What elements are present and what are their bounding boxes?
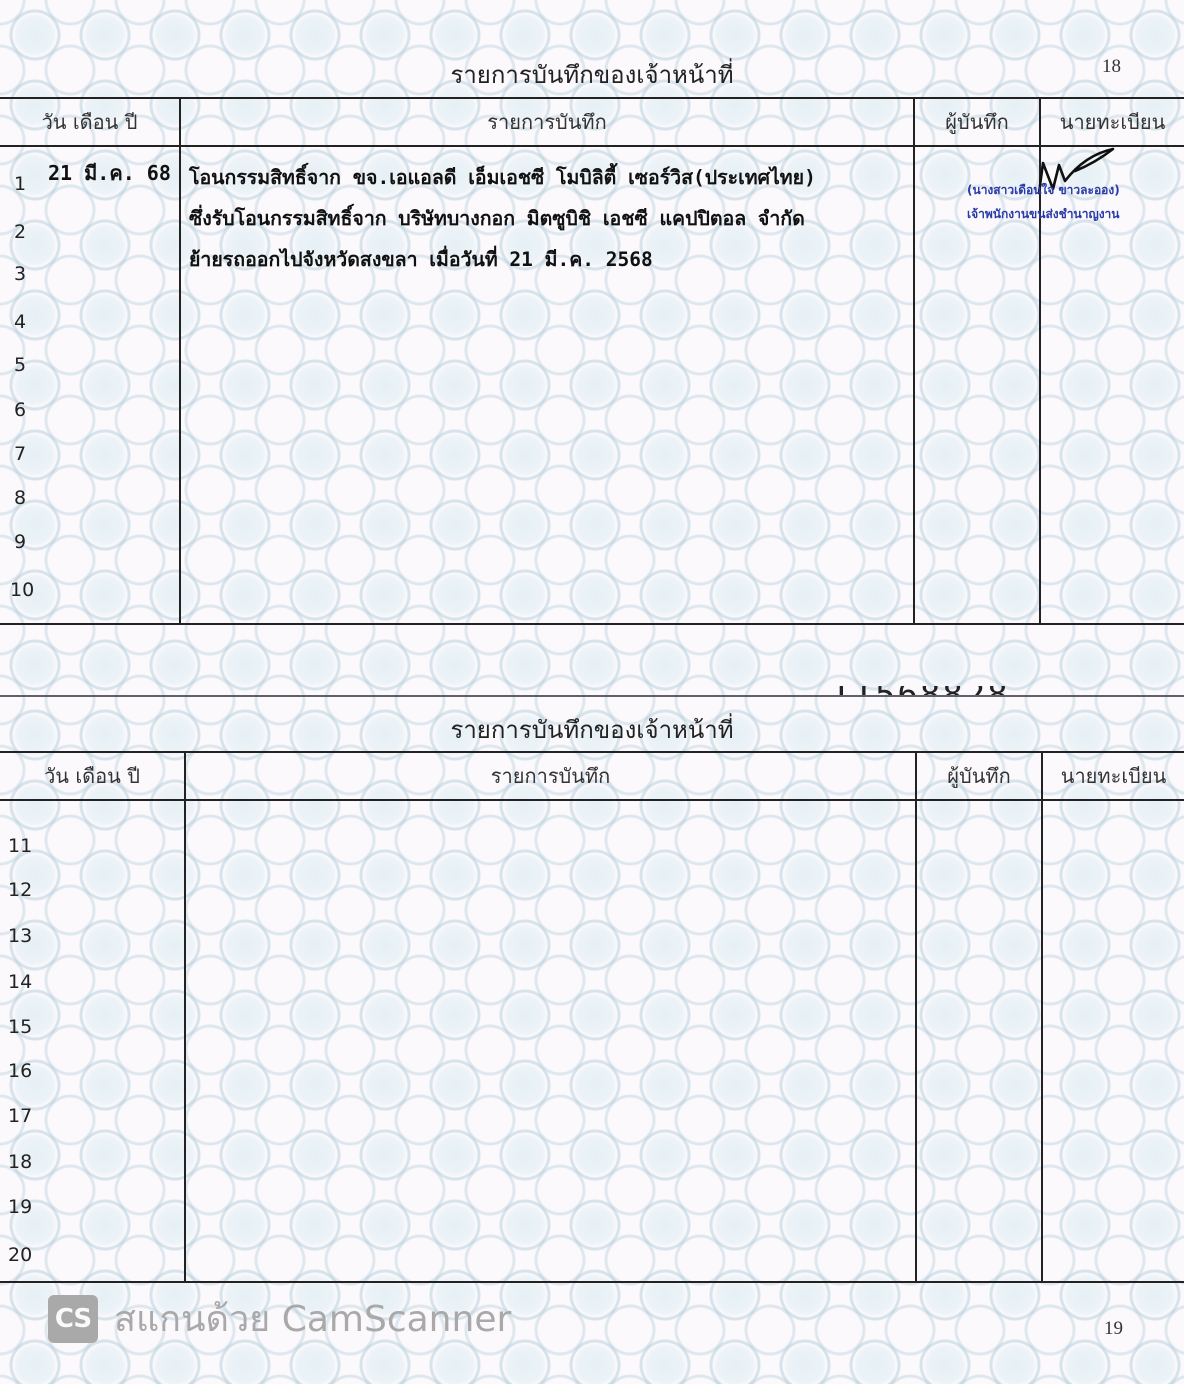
- row-number: 3: [14, 263, 26, 285]
- entry-line: ย้ายรถออกไปจังหวัดสงขลา เมื่อวันที่ 21 ม…: [189, 239, 816, 280]
- column-header-recorder: ผู้บันทึก: [914, 98, 1040, 146]
- table-row: 1 2 3 4 5 6 7 8 9 10 21 มี.ค. 68: [0, 146, 1184, 624]
- watermark-text: สแกนด้วย CamScanner: [114, 1290, 511, 1347]
- column-header-registrar: นายทะเบียน: [1042, 752, 1184, 800]
- row-number: 7: [14, 443, 26, 465]
- column-header-registrar: นายทะเบียน: [1040, 98, 1184, 146]
- row-number: 14: [8, 971, 32, 993]
- row-number: 17: [8, 1105, 32, 1127]
- page-title: รายการบันทึกของเจ้าหน้าที่: [0, 55, 1184, 94]
- registrar-cell: [1042, 800, 1184, 1282]
- entry-line: ซึ่งรับโอนกรรมสิทธิ์จาก บริษัทบางกอก มิต…: [189, 198, 816, 239]
- column-header-date: วัน เดือน ปี: [0, 98, 180, 146]
- row-number: 13: [8, 925, 32, 947]
- row-number: 15: [8, 1016, 32, 1038]
- column-header-entry: รายการบันทึก: [180, 98, 914, 146]
- row-number: 18: [8, 1151, 32, 1173]
- page-number: 19: [1104, 1318, 1123, 1340]
- date-cell: 11 12 13 14 15 16 17 18 19 20: [0, 800, 185, 1282]
- camscanner-logo-icon: CS: [48, 1295, 98, 1343]
- entry-text: โอนกรรมสิทธิ์จาก ขจ.เอแอลดี เอ็มเอชซี โม…: [189, 157, 816, 280]
- row-number: 1: [14, 173, 26, 195]
- recorder-cell: [916, 800, 1042, 1282]
- page-divider: [0, 695, 1184, 697]
- row-number: 9: [14, 531, 26, 553]
- entry-date: 21 มี.ค. 68: [48, 157, 171, 189]
- row-number: 8: [14, 487, 26, 509]
- registrar-position: เจ้าพนักงานขนส่งชำนาญงาน: [967, 205, 1120, 224]
- column-header-recorder: ผู้บันทึก: [916, 752, 1042, 800]
- row-number: 5: [14, 354, 26, 376]
- row-number: 4: [14, 311, 26, 333]
- record-table: วัน เดือน ปี รายการบันทึก ผู้บันทึก นายท…: [0, 97, 1184, 625]
- record-table: วัน เดือน ปี รายการบันทึก ผู้บันทึก นายท…: [0, 751, 1184, 1283]
- row-number: 6: [14, 399, 26, 421]
- entry-cell: [185, 800, 916, 1282]
- column-header-date: วัน เดือน ปี: [0, 752, 185, 800]
- table-header-row: วัน เดือน ปี รายการบันทึก ผู้บันทึก นายท…: [0, 752, 1184, 800]
- row-number: 10: [10, 579, 34, 601]
- entry-line: โอนกรรมสิทธิ์จาก ขจ.เอแอลดี เอ็มเอชซี โม…: [189, 157, 816, 198]
- camscanner-watermark: CS สแกนด้วย CamScanner: [48, 1290, 511, 1347]
- serial-number: 11568828: [830, 678, 1010, 695]
- row-number: 20: [8, 1244, 32, 1266]
- registrar-cell: (นางสาวเดือนใจ ขาวละออง) เจ้าพนักงานขนส่…: [1040, 146, 1184, 624]
- entry-cell: โอนกรรมสิทธิ์จาก ขจ.เอแอลดี เอ็มเอชซี โม…: [180, 146, 914, 624]
- date-cell: 1 2 3 4 5 6 7 8 9 10 21 มี.ค. 68: [0, 146, 180, 624]
- page-number: 18: [1102, 56, 1121, 78]
- row-number: 12: [8, 879, 32, 901]
- page-title: รายการบันทึกของเจ้าหน้าที่: [0, 710, 1184, 749]
- registrar-name: (นางสาวเดือนใจ ขาวละออง): [967, 181, 1120, 200]
- column-header-entry: รายการบันทึก: [185, 752, 916, 800]
- table-row: 11 12 13 14 15 16 17 18 19 20: [0, 800, 1184, 1282]
- row-number: 19: [8, 1196, 32, 1218]
- row-number: 11: [8, 835, 32, 857]
- table-header-row: วัน เดือน ปี รายการบันทึก ผู้บันทึก นายท…: [0, 98, 1184, 146]
- registrar-signature-block: (นางสาวเดือนใจ ขาวละออง) เจ้าพนักงานขนส่…: [915, 147, 1184, 247]
- row-number: 16: [8, 1060, 32, 1082]
- row-number: 2: [14, 221, 26, 243]
